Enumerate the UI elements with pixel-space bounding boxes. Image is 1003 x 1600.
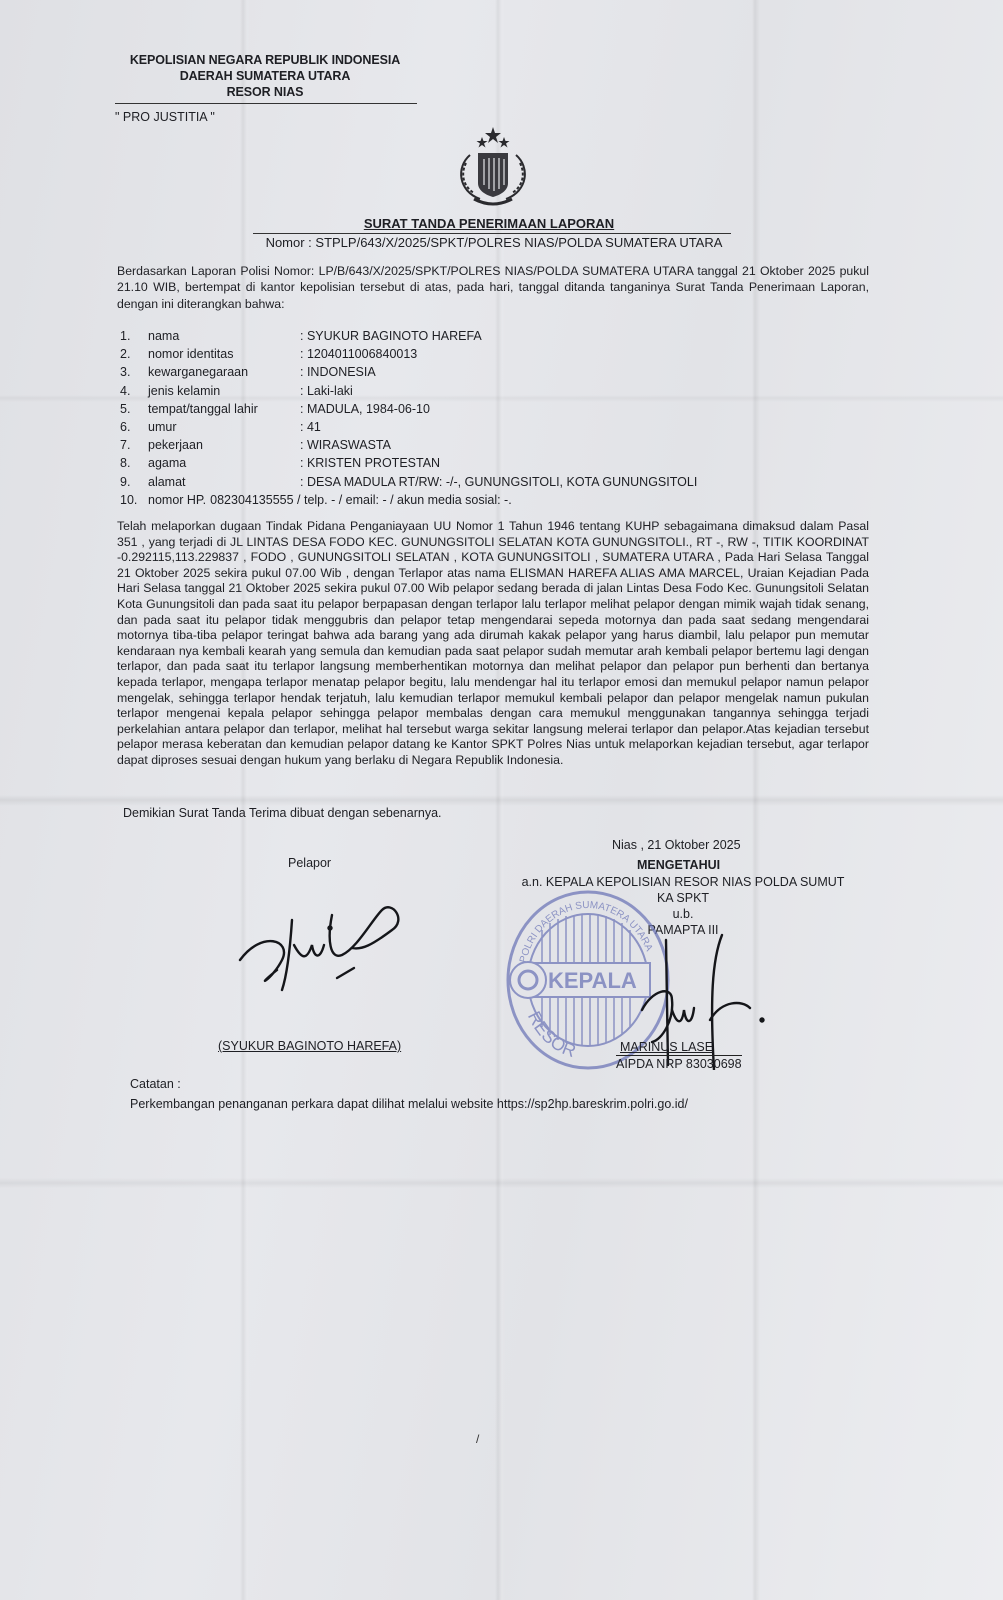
identity-label: pekerjaan — [148, 436, 300, 454]
identity-label: nama — [148, 327, 300, 345]
institution-line-1: KEPOLISIAN NEGARA REPUBLIK INDONESIA — [115, 52, 415, 68]
header-divider — [115, 103, 417, 104]
identity-value: : DESA MADULA RT/RW: -/-, GUNUNGSITOLI, … — [300, 473, 760, 491]
reporter-label: Pelapor — [288, 856, 331, 870]
identity-label: umur — [148, 418, 300, 436]
document-title: SURAT TANDA PENERIMAAN LAPORAN — [250, 216, 728, 231]
identity-value: : INDONESIA — [300, 363, 760, 381]
identity-number: 8. — [120, 454, 148, 472]
acknowledged-label: MENGETAHUI — [637, 858, 720, 872]
document-number: Nomor : STPLP/643/X/2025/SPKT/POLRES NIA… — [255, 235, 733, 250]
intro-paragraph: Berdasarkan Laporan Polisi Nomor: LP/B/6… — [117, 263, 869, 312]
identity-number: 7. — [120, 436, 148, 454]
identity-value: : SYUKUR BAGINOTO HAREFA — [300, 327, 760, 345]
identity-label: agama — [148, 454, 300, 472]
stamp-bottom-text: RESOR — [524, 1008, 579, 1061]
reporter-name: (SYUKUR BAGINOTO HAREFA) — [218, 1039, 401, 1053]
note-label: Catatan : — [130, 1077, 181, 1091]
identity-row: 3. kewarganegaraan : INDONESIA — [120, 363, 760, 381]
identity-row: 4. jenis kelamin : Laki-laki — [120, 382, 760, 400]
stamp-center-text: KEPALA — [548, 968, 637, 993]
identity-row: 2. nomor identitas : 1204011006840013 — [120, 345, 760, 363]
identity-label: tempat/tanggal lahir — [148, 400, 300, 418]
place-date: Nias , 21 Oktober 2025 — [612, 838, 741, 852]
identity-number: 5. — [120, 400, 148, 418]
polri-emblem-icon — [450, 125, 536, 211]
identity-row: 8. agama : KRISTEN PROTESTAN — [120, 454, 760, 472]
note-text: Perkembangan penanganan perkara dapat di… — [130, 1097, 688, 1111]
identity-value: : KRISTEN PROTESTAN — [300, 454, 760, 472]
identity-row: 6. umur : 41 — [120, 418, 760, 436]
identity-value: : MADULA, 1984-06-10 — [300, 400, 760, 418]
reporter-signature-icon — [232, 890, 422, 1000]
institution-line-3: RESOR NIAS — [115, 84, 415, 100]
identity-value: : 41 — [300, 418, 760, 436]
pro-justitia-label: " PRO JUSTITIA " — [115, 110, 215, 124]
identity-row: 1. nama : SYUKUR BAGINOTO HAREFA — [120, 327, 760, 345]
officer-name: MARINUS LASE — [620, 1040, 713, 1054]
identity-number: 2. — [120, 345, 148, 363]
identity-label: nomor identitas — [148, 345, 300, 363]
identity-row: 5. tempat/tanggal lahir : MADULA, 1984-0… — [120, 400, 760, 418]
officer-rank-nrp: AIPDA NRP 83030698 — [616, 1055, 742, 1071]
identity-row: 9. alamat : DESA MADULA RT/RW: -/-, GUNU… — [120, 473, 760, 491]
identity-number: 9. — [120, 473, 148, 491]
identity-label: nomor HP. — [148, 491, 206, 509]
identity-number: 3. — [120, 363, 148, 381]
identity-row: 10. nomor HP. 082304135555 / telp. - / e… — [120, 491, 760, 509]
stray-pen-mark: / — [476, 1432, 479, 1446]
svg-text:RESOR: RESOR — [524, 1008, 579, 1061]
closing-statement: Demikian Surat Tanda Terima dibuat denga… — [123, 806, 442, 820]
identity-value: : Laki-laki — [300, 382, 760, 400]
identity-label: alamat — [148, 473, 300, 491]
reporter-identity-list: 1. nama : SYUKUR BAGINOTO HAREFA 2. nomo… — [120, 327, 760, 509]
institution-header: KEPOLISIAN NEGARA REPUBLIK INDONESIA DAE… — [115, 52, 415, 100]
identity-number: 1. — [120, 327, 148, 345]
identity-value: : WIRASWASTA — [300, 436, 760, 454]
identity-label: jenis kelamin — [148, 382, 300, 400]
report-paragraph: Telah melaporkan dugaan Tindak Pidana Pe… — [117, 519, 869, 769]
title-divider — [253, 233, 731, 234]
identity-value: 082304135555 / telp. - / email: - / akun… — [210, 491, 760, 509]
institution-line-2: DAERAH SUMATERA UTARA — [115, 68, 415, 84]
identity-number: 6. — [120, 418, 148, 436]
identity-label: kewarganegaraan — [148, 363, 300, 381]
identity-row: 7. pekerjaan : WIRASWASTA — [120, 436, 760, 454]
identity-value: : 1204011006840013 — [300, 345, 760, 363]
identity-number: 4. — [120, 382, 148, 400]
identity-number: 10. — [120, 491, 148, 509]
